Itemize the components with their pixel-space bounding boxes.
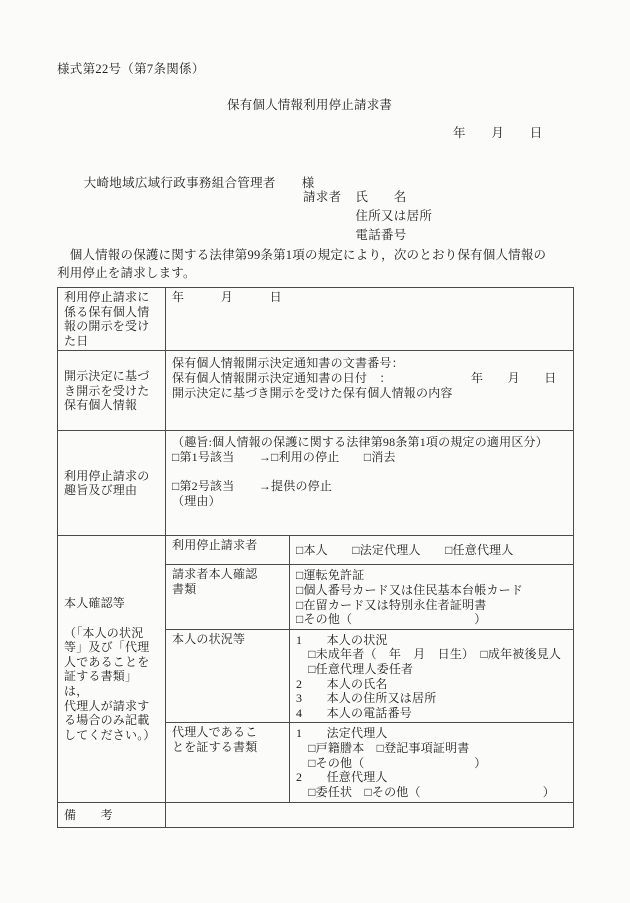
label-principal-status: 本人の状況等 xyxy=(166,629,290,723)
label-identity-documents: 請求者本人確認 書類 xyxy=(166,565,290,629)
request-form-table: 利用停止請求に 係る保有個人情 報の開示を受け た日 年 月 日 開示決定に基づ… xyxy=(57,287,574,828)
requester-label: 請求者 xyxy=(303,188,341,245)
addressee-name: 大崎地域広域行政事務組合管理者 xyxy=(84,176,276,190)
value-disclosed-info: 保有個人情報開示決定通知書の文書番号： 保有個人情報開示決定通知書の日付 ： 年… xyxy=(166,351,574,431)
label-remarks: 備 考 xyxy=(58,803,166,828)
row-disclosure-date: 利用停止請求に 係る保有個人情 報の開示を受け た日 年 月 日 xyxy=(58,288,574,351)
label-identity-verification: 本人確認等 （「本人の状況 等」及び「代理 人であることを 証する書類」は， 代… xyxy=(58,536,166,803)
value-proxy-documents: 1 法定代理人 □戸籍謄本 □登記事項証明書 □その他（ ） 2 任意代理人 □… xyxy=(290,723,574,803)
row-purpose-reason: 利用停止請求の 趣旨及び理由 （趣旨:個人情報の保護に関する法律第98条第1項の… xyxy=(58,431,574,536)
requester-fields: 氏 名 住所又は居所 電話番号 xyxy=(355,188,432,245)
form-title: 保有個人情報利用停止請求書 xyxy=(227,95,392,113)
label-requester-type: 利用停止請求者 xyxy=(166,536,290,565)
addressee-line: 大崎地域広域行政事務組合管理者様 xyxy=(70,155,315,212)
label-disclosure-date: 利用停止請求に 係る保有個人情 報の開示を受け た日 xyxy=(58,288,166,351)
date-line: 年 月 日 xyxy=(453,124,543,143)
row-disclosed-info: 開示決定に基づ き開示を受けた 保有個人情報 保有個人情報開示決定通知書の文書番… xyxy=(58,351,574,431)
value-identity-documents: □運転免許証 □個人番号カード又は住民基本台帳カード □在留カード又は特別永住者… xyxy=(290,565,574,629)
form-page: 様式第22号（第7条関係） 保有個人情報利用停止請求書 年 月 日 大崎地域広域… xyxy=(0,0,630,903)
row-remarks: 備 考 xyxy=(58,803,574,828)
label-disclosed-info: 開示決定に基づ き開示を受けた 保有個人情報 xyxy=(58,351,166,431)
value-disclosure-date: 年 月 日 xyxy=(166,288,574,351)
value-requester-type: □本人 □法定代理人 □任意代理人 xyxy=(290,536,574,565)
intro-paragraph: 個人情報の保護に関する法律第99条第1項の規定により，次のとおり保有個人情報の … xyxy=(57,246,581,282)
value-purpose-reason: （趣旨:個人情報の保護に関する法律第98条第1項の規定の適用区分） □第1号該当… xyxy=(166,431,574,536)
label-proxy-documents: 代理人であるこ とを証する書類 xyxy=(166,723,290,803)
requester-block: 請求者 氏 名 住所又は居所 電話番号 xyxy=(303,188,432,245)
label-purpose-reason: 利用停止請求の 趣旨及び理由 xyxy=(58,431,166,536)
row-requester-type: 本人確認等 （「本人の状況 等」及び「代理 人であることを 証する書類」は， 代… xyxy=(58,536,574,565)
value-remarks xyxy=(166,803,574,828)
form-number: 様式第22号（第7条関係） xyxy=(57,60,205,79)
value-principal-status: 1 本人の状況 □未成年者（ 年 月 日生） □成年被後見人 □任意代理人委任者… xyxy=(290,629,574,723)
